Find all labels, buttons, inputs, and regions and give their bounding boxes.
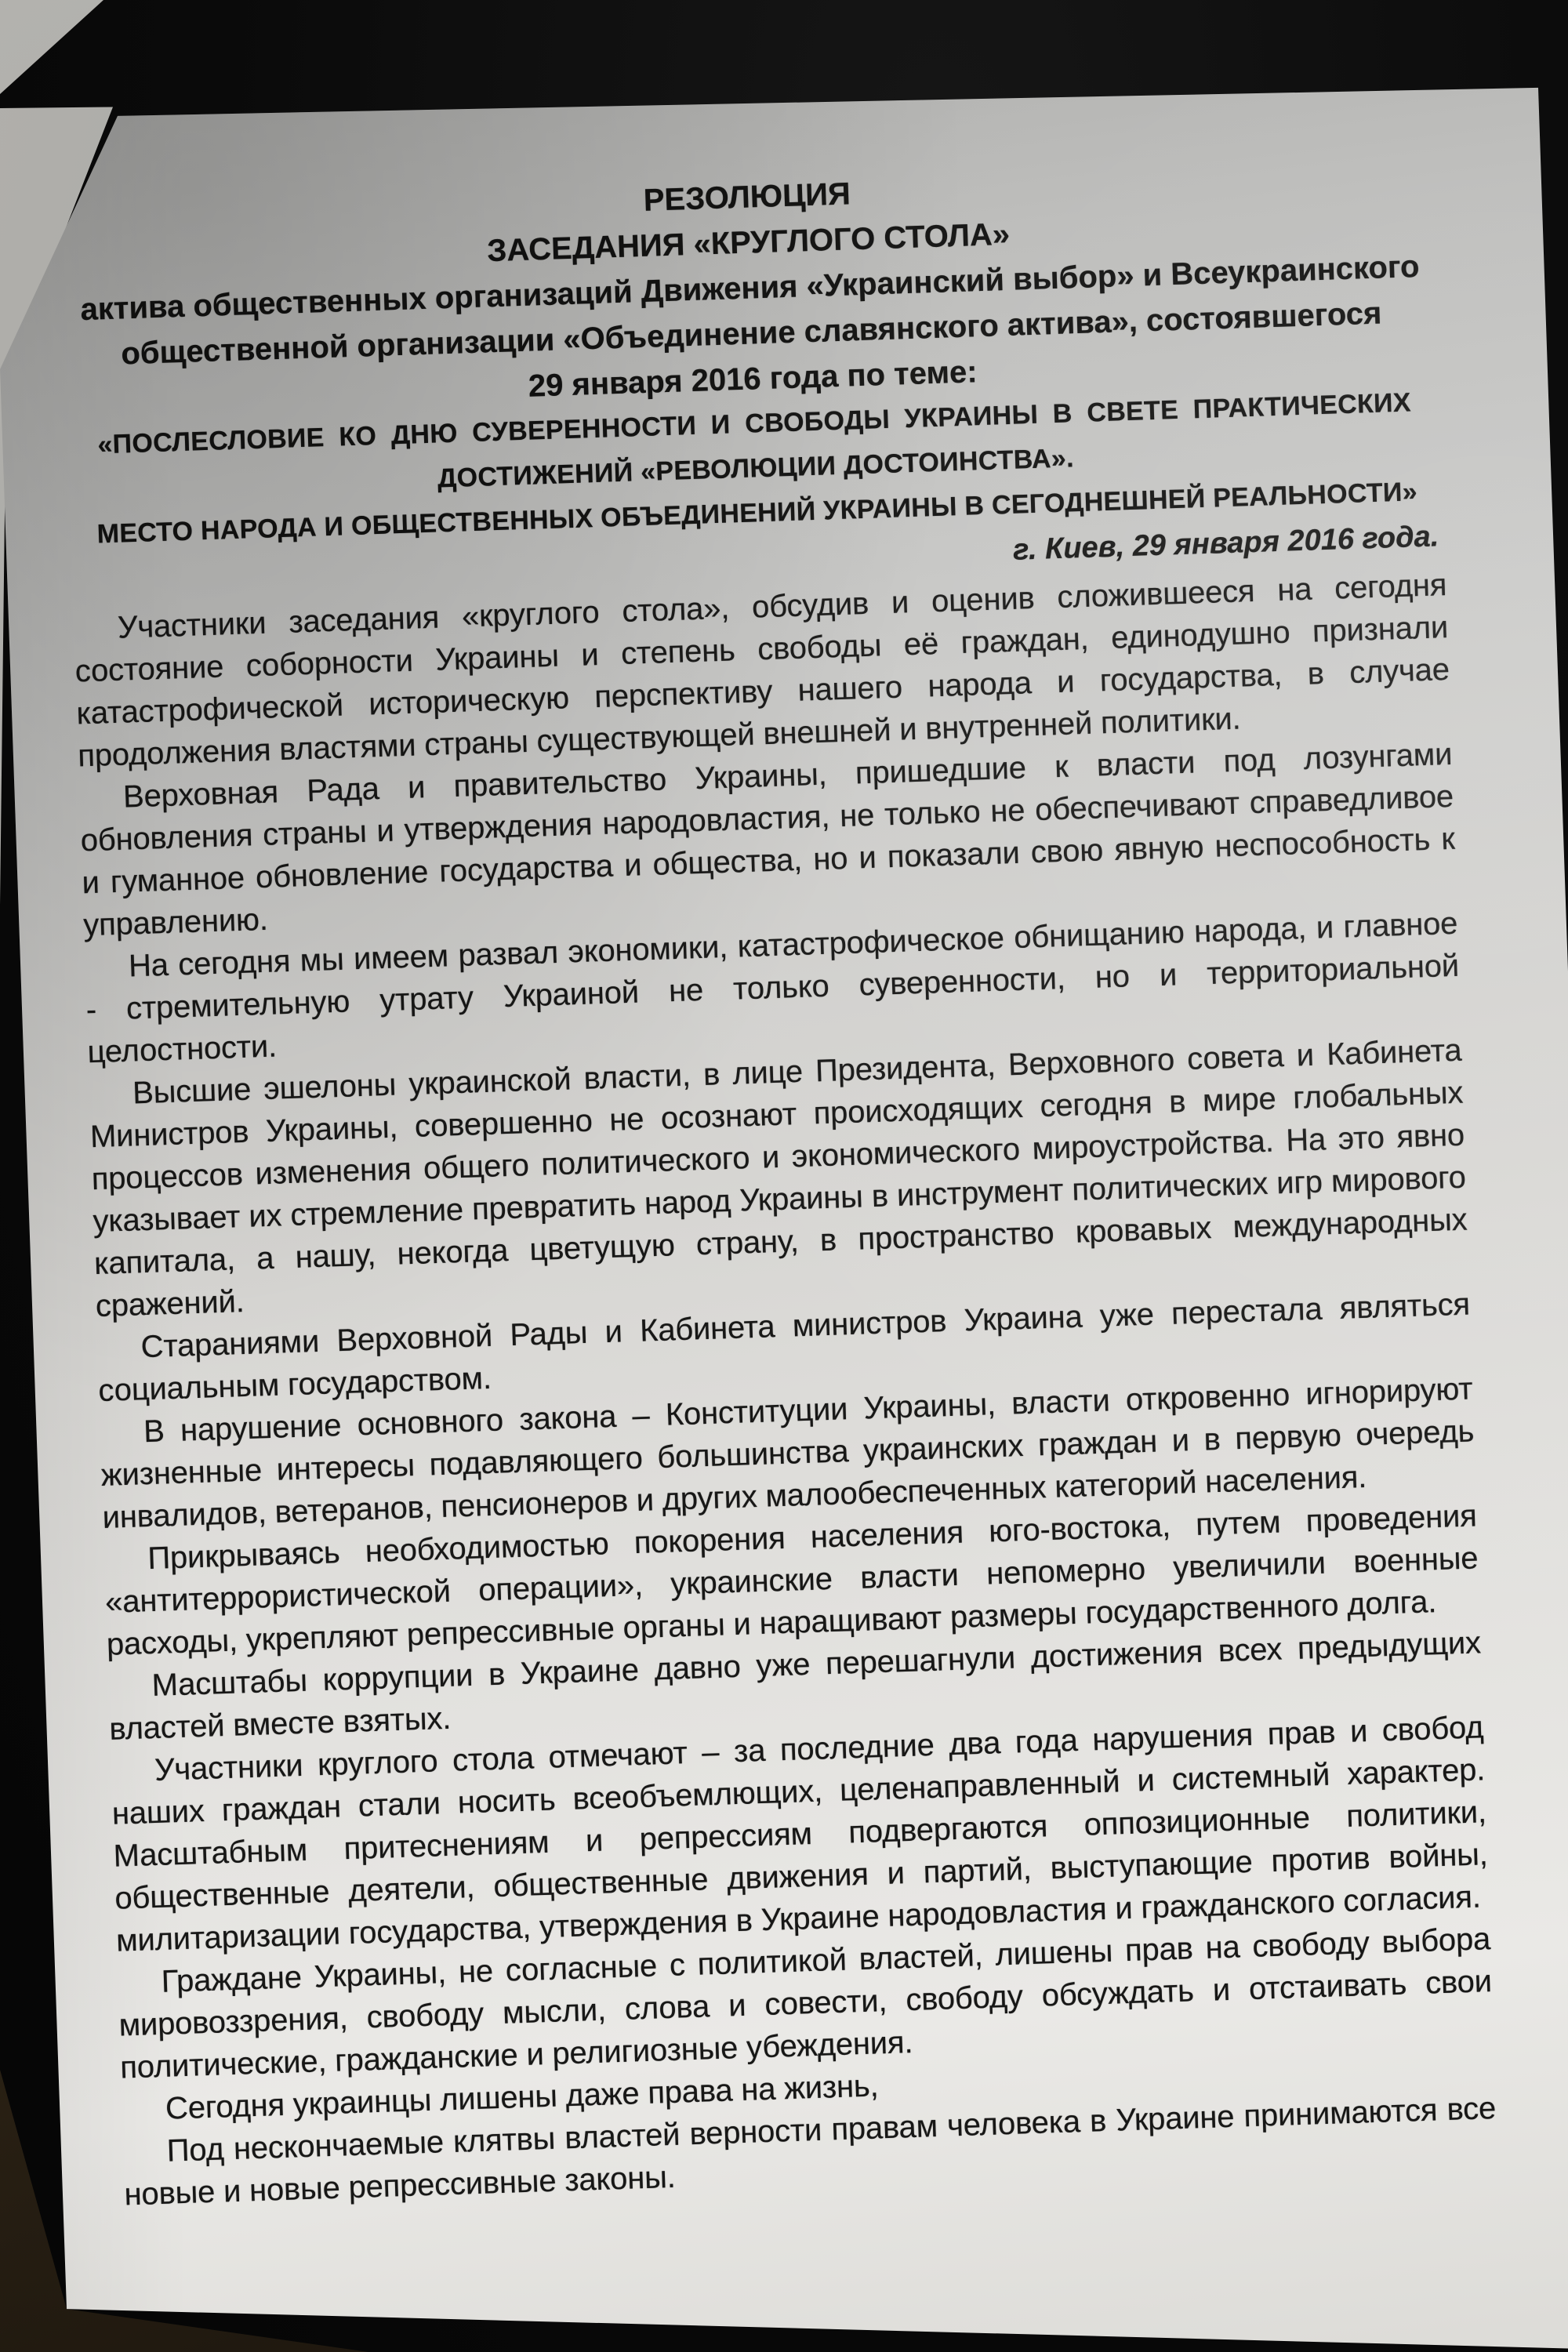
paragraph: Высшие эшелоны украинской власти, в лице… <box>88 1029 1469 1327</box>
document-content: РЕЗОЛЮЦИЯ ЗАСЕДАНИЯ «КРУГЛОГО СТОЛА» акт… <box>58 96 1498 2216</box>
document-page: РЕЗОЛЮЦИЯ ЗАСЕДАНИЯ «КРУГЛОГО СТОЛА» акт… <box>0 0 1568 2352</box>
photo-background: РЕЗОЛЮЦИЯ ЗАСЕДАНИЯ «КРУГЛОГО СТОЛА» акт… <box>0 0 1568 2352</box>
document-body: Участники заседания «круглого стола», об… <box>73 564 1497 2216</box>
document-header: РЕЗОЛЮЦИЯ ЗАСЕДАНИЯ «КРУГЛОГО СТОЛА» акт… <box>60 152 1444 557</box>
